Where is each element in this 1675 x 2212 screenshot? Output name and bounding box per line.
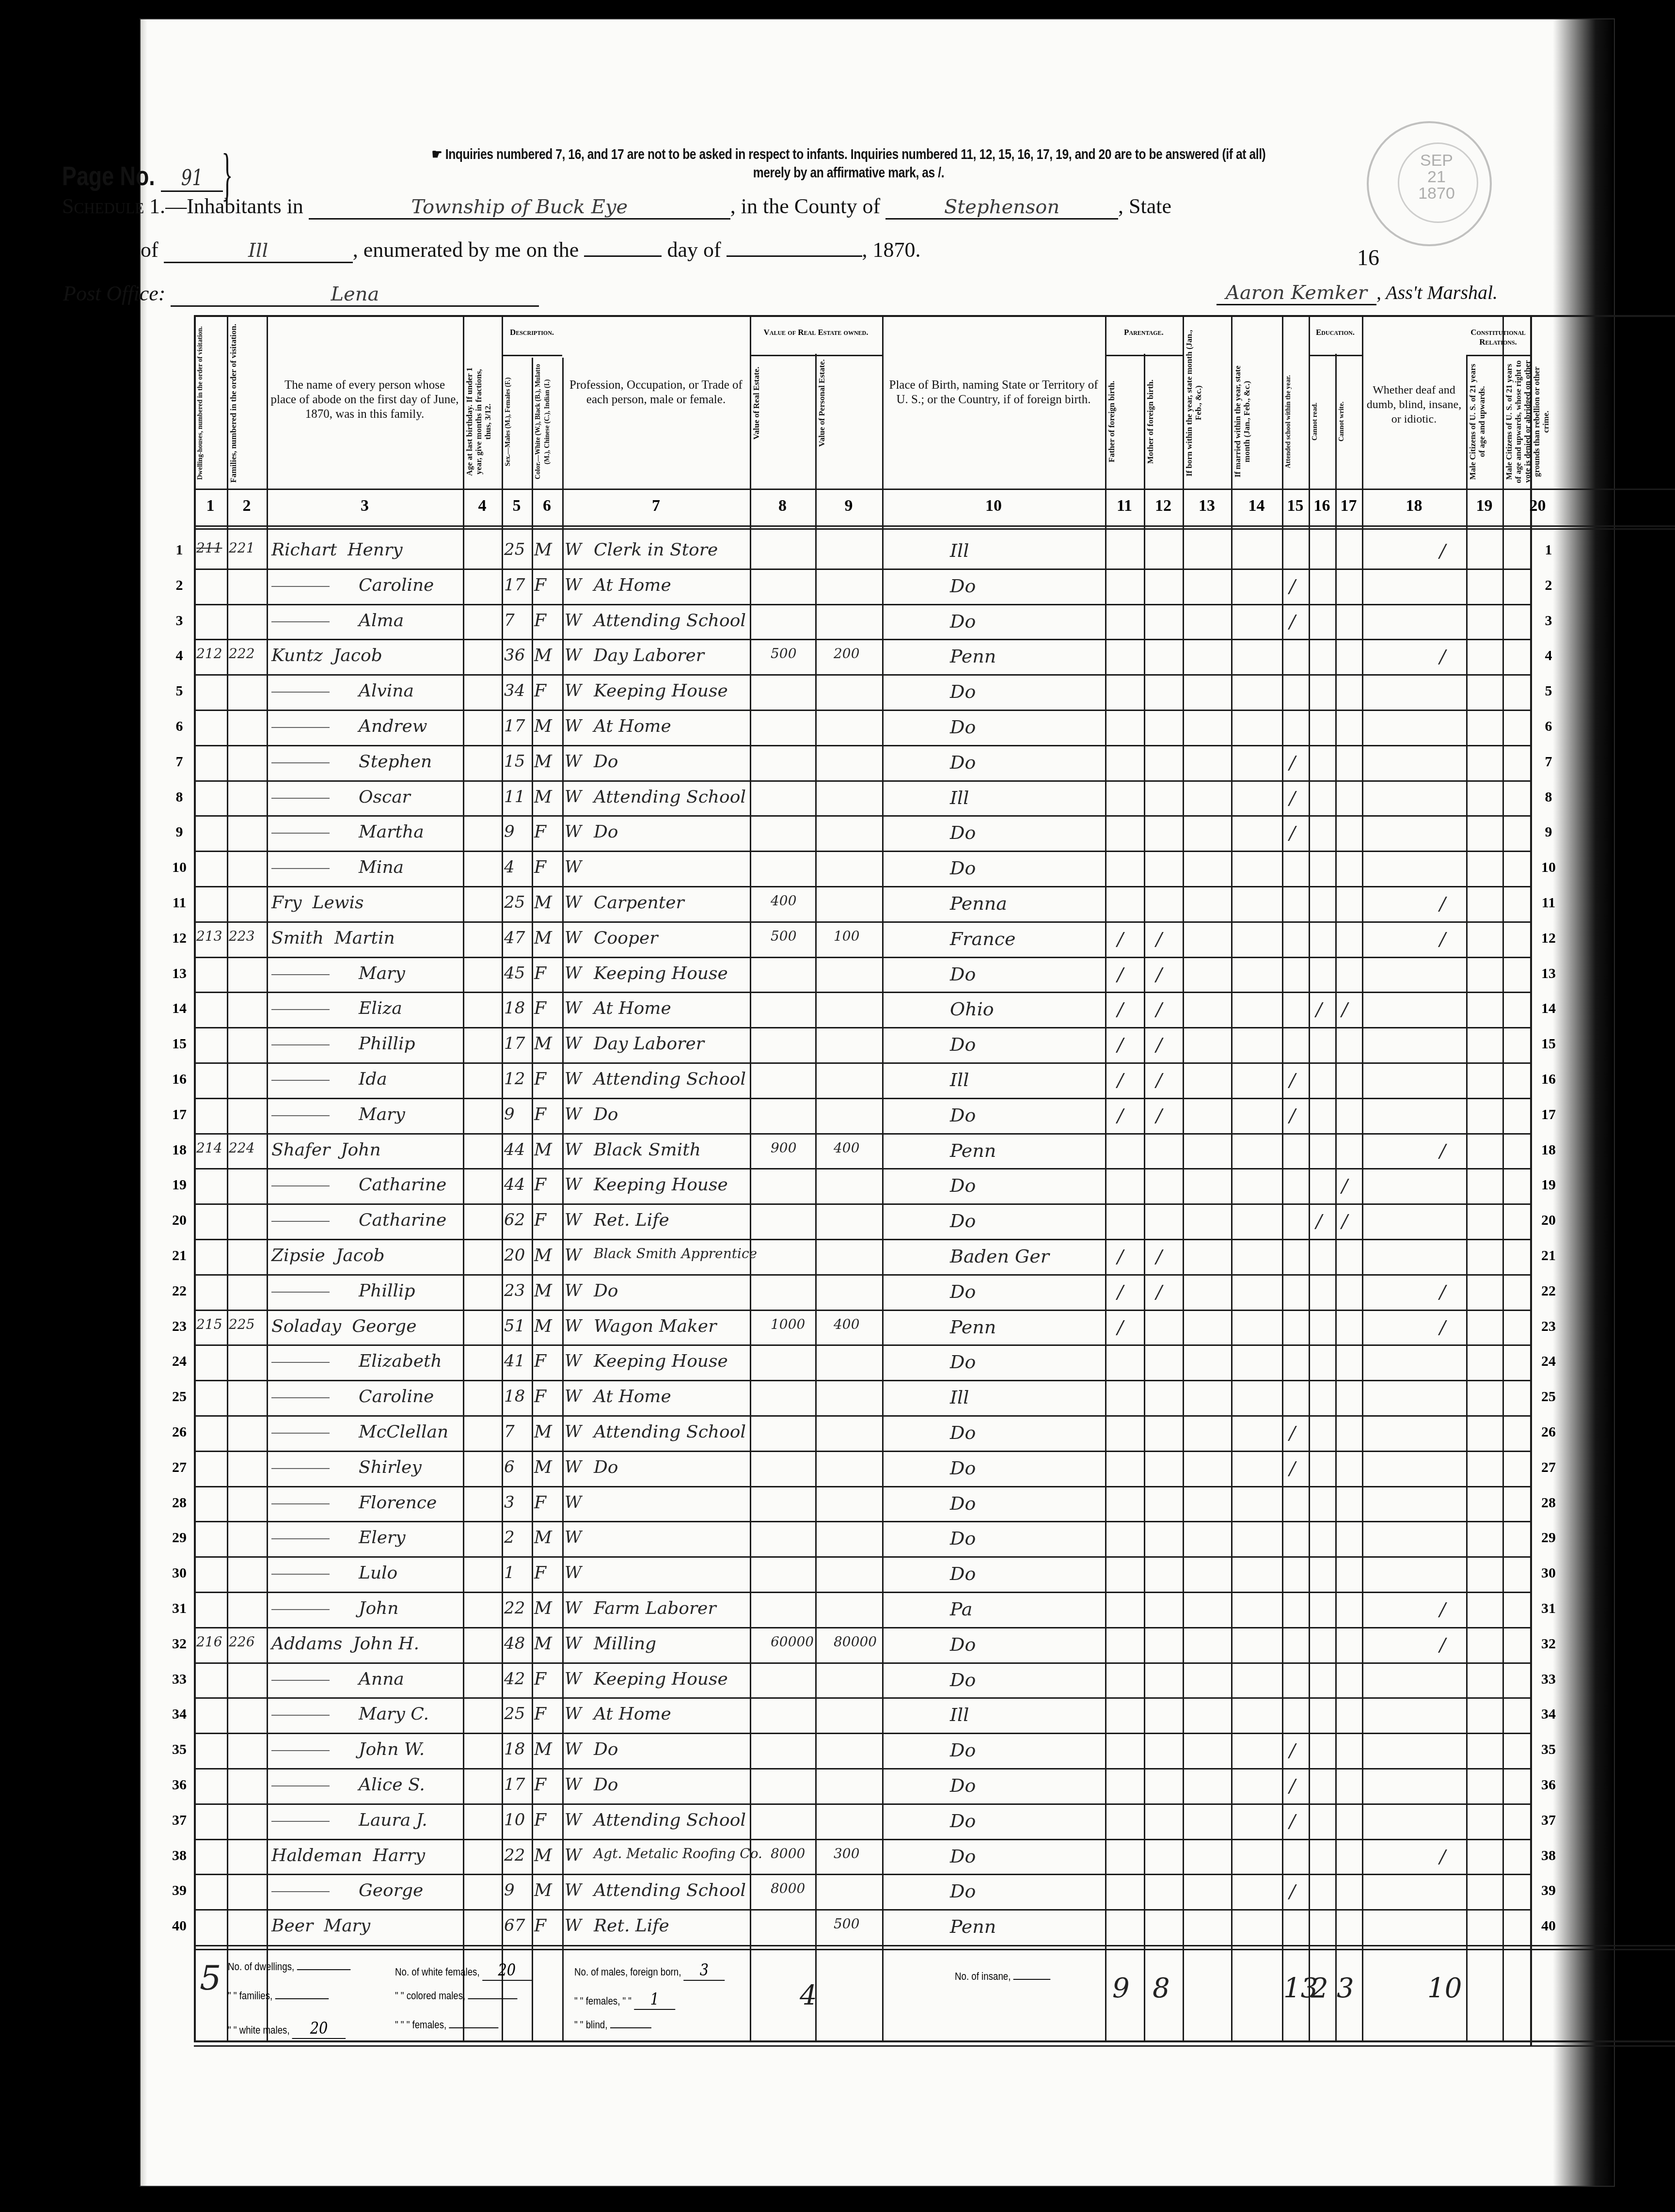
column-number-10: 10 [882, 497, 1105, 515]
summary-colored-males: " " colored males, [395, 1990, 517, 2002]
summary-white-females-value: 20 [482, 1960, 532, 1981]
given-name: Phillip [359, 1034, 415, 1054]
given-name: Martin [334, 928, 395, 948]
color: W [565, 1598, 582, 1618]
person-name: Elery [271, 1528, 406, 1548]
column-number-7: 7 [562, 497, 750, 515]
summary-blind: " " blind, [574, 2019, 651, 2031]
birthplace: Ill [950, 540, 969, 561]
color: W [565, 1457, 582, 1477]
father-foreign-mark: / [1117, 964, 1123, 985]
row-number-left: 25 [167, 1389, 191, 1405]
row-divider [194, 1627, 1532, 1628]
row-number-left: 6 [167, 718, 191, 735]
row-number-right: 9 [1536, 824, 1561, 840]
same-surname-dash [271, 1715, 330, 1716]
row-divider [194, 604, 1532, 605]
column-header-9: Value of Personal Estate. [817, 322, 880, 484]
surname: Beer [271, 1916, 313, 1936]
summary-blind-label: " " blind, [574, 2019, 607, 2031]
sex: M [534, 1246, 552, 1265]
same-surname-dash [271, 727, 330, 728]
person-name: KuntzJacob [271, 646, 382, 665]
attended-school-mark: / [1289, 752, 1296, 773]
occupation: At Home [594, 716, 671, 736]
row-number-right: 4 [1536, 648, 1561, 664]
column-header-18: Whether deaf and dumb, blind, insane, or… [1366, 383, 1462, 427]
citizen-mark: / [1439, 540, 1446, 561]
row-number-left: 2 [167, 577, 191, 594]
given-name: Mary [359, 1105, 405, 1124]
given-name: Laura J. [359, 1810, 427, 1830]
occupation: Black Smith Apprentice [594, 1246, 757, 1262]
occupation: Cooper [594, 928, 658, 948]
column-header-15: Attended school within the year. [1284, 360, 1307, 484]
occupation: Keeping House [594, 1351, 728, 1371]
column-divider [815, 354, 817, 2040]
same-surname-dash [271, 1115, 330, 1116]
same-surname-dash [271, 1468, 330, 1469]
occupation: Agt. Metalic Roofing Co. [594, 1846, 762, 1862]
column-header-19: Male Citizens of U. S. of 21 years of ag… [1468, 360, 1501, 484]
birthplace: Do [950, 1281, 976, 1302]
father-foreign-mark: / [1117, 928, 1123, 949]
person-name: Florence [271, 1493, 437, 1513]
column-divider [1282, 315, 1283, 2040]
person-name: Alma [271, 611, 404, 631]
cannot-write-total: 3 [1337, 1973, 1354, 2004]
column-divider [1466, 355, 1468, 2040]
surname: Richart [271, 540, 337, 560]
age: 11 [504, 787, 525, 806]
same-surname-dash [271, 1433, 330, 1434]
column-number-14: 14 [1231, 497, 1282, 515]
same-surname-dash [271, 692, 330, 693]
age: 4 [504, 857, 515, 877]
age: 48 [504, 1634, 525, 1653]
description-group-header: Description. [502, 328, 562, 337]
occupation: Keeping House [594, 1175, 728, 1195]
sex: F [534, 822, 546, 842]
column-divider [1362, 315, 1363, 2040]
person-name: Mina [271, 857, 404, 877]
mother-foreign-mark: / [1156, 1246, 1162, 1267]
column-divider [1144, 354, 1145, 2040]
row-number-left: 39 [167, 1882, 191, 1899]
occupation: Do [594, 1775, 618, 1795]
stamp-month: SEP [1415, 152, 1458, 169]
person-name: Martha [271, 822, 424, 842]
surname: Shafer [271, 1140, 330, 1160]
row-number-left: 24 [167, 1353, 191, 1370]
row-divider [194, 815, 1532, 817]
age: 51 [504, 1316, 525, 1336]
column-header-12: Mother of foreign birth. [1146, 360, 1181, 484]
same-surname-dash [271, 1574, 330, 1575]
personal-estate-value: 400 [834, 1140, 859, 1156]
birthplace: Penna [950, 893, 1007, 914]
summary-dwellings: No. of dwellings, [228, 1960, 350, 1973]
row-number-right: 25 [1536, 1389, 1561, 1405]
row-number-right: 34 [1536, 1706, 1561, 1722]
color: W [565, 1034, 582, 1053]
sex: F [534, 1704, 546, 1724]
given-name: George [352, 1316, 416, 1336]
foreign-born-total: 4 [800, 1980, 817, 2011]
age: 18 [504, 1387, 525, 1406]
cannot-write-mark: / [1342, 1175, 1348, 1196]
page-number: Page No. 91 [62, 160, 223, 192]
occupation: Keeping House [594, 1669, 728, 1689]
citizen-mark: / [1439, 1598, 1446, 1620]
state-label: , State [1118, 194, 1171, 218]
row-divider [194, 1486, 1532, 1487]
occupation: Attending School [594, 1880, 746, 1900]
row-number-left: 35 [167, 1741, 191, 1758]
birthplace: Do [950, 1775, 976, 1796]
color: W [565, 1775, 582, 1794]
row-divider [194, 639, 1532, 640]
person-name: Eliza [271, 998, 402, 1018]
real-estate-value: 500 [771, 646, 796, 662]
birthplace: France [950, 928, 1015, 949]
real-estate-value: 1000 [771, 1316, 805, 1332]
person-name: Catharine [271, 1175, 446, 1195]
column-divider [882, 315, 884, 2040]
row-number-right: 13 [1536, 965, 1561, 982]
age: 3 [504, 1493, 515, 1512]
sex: M [534, 1457, 552, 1477]
row-divider [194, 1344, 1532, 1346]
column-divider [1231, 315, 1233, 2040]
inquiry-note-line-1: ☛ Inquiries numbered 7, 16, and 17 are n… [330, 145, 1368, 164]
occupation: At Home [594, 1704, 671, 1724]
same-surname-dash [271, 1785, 330, 1786]
column-divider [267, 315, 268, 2040]
same-surname-dash [271, 621, 330, 622]
given-name: Alvina [359, 681, 414, 701]
row-number-left: 5 [167, 683, 191, 699]
person-name: McClellan [271, 1422, 448, 1442]
age: 44 [504, 1175, 525, 1194]
age: 45 [504, 964, 525, 983]
same-surname-dash [271, 1362, 330, 1363]
summary-white-males-value: 20 [292, 2019, 346, 2039]
row-number-right: 40 [1536, 1918, 1561, 1934]
post-office-label: Post Office: [63, 282, 165, 305]
column-header-1: Dwelling-houses, numbered in the order o… [196, 322, 225, 484]
given-name: Mary [324, 1916, 370, 1936]
sex: F [534, 1175, 546, 1195]
person-name: AddamsJohn H. [271, 1634, 419, 1654]
row-number-right: 20 [1536, 1212, 1561, 1229]
personal-estate-value: 500 [834, 1916, 859, 1932]
occupation: Attending School [594, 1810, 746, 1830]
given-name: John W. [359, 1739, 425, 1759]
color: W [565, 1880, 582, 1900]
occupation: Day Laborer [594, 646, 704, 665]
birthplace: Do [950, 1810, 976, 1832]
row-number-left: 17 [167, 1106, 191, 1123]
given-name: John H. [353, 1634, 419, 1654]
dwelling-number: 216 [196, 1634, 222, 1650]
mother-foreign-mark: / [1156, 928, 1162, 949]
summary-dwellings-value [297, 1969, 350, 1970]
birthplace: Do [950, 752, 976, 773]
row-number-left: 7 [167, 754, 191, 770]
age: 25 [504, 1704, 525, 1723]
row-number-left: 8 [167, 789, 191, 806]
sex: M [534, 1281, 552, 1301]
attended-school-mark: / [1289, 575, 1296, 597]
birthplace: Do [950, 611, 976, 632]
column-number-2: 2 [227, 497, 267, 515]
same-surname-dash [271, 1221, 330, 1222]
father-foreign-mark: / [1117, 1069, 1123, 1090]
given-name: Jacob [336, 1246, 385, 1265]
birthplace: Pa [950, 1598, 973, 1620]
received-date-stamp: SEP 21 1870 [1367, 121, 1492, 246]
column-header-4: Age at last birthday. If under 1 year, g… [465, 360, 500, 484]
row-number-left: 36 [167, 1777, 191, 1793]
row-number-left: 16 [167, 1071, 191, 1088]
given-name: Shirley [359, 1457, 422, 1477]
attended-school-mark: / [1289, 822, 1296, 843]
row-number-left: 1 [167, 542, 191, 558]
given-name: Lulo [359, 1563, 397, 1583]
row-number-left: 33 [167, 1671, 191, 1688]
person-name: BeerMary [271, 1916, 370, 1936]
occupation: Clerk in Store [594, 540, 718, 560]
family-number: 221 [229, 540, 254, 556]
row-number-left: 29 [167, 1530, 191, 1546]
occupation: Keeping House [594, 681, 728, 701]
table-rule-2 [194, 525, 1675, 527]
birthplace: Do [950, 1880, 976, 1902]
row-divider [194, 780, 1532, 782]
row-divider [194, 1027, 1532, 1028]
color: W [565, 1493, 582, 1512]
description-group-header-underline [502, 355, 562, 356]
dwelling-number: 214 [196, 1140, 222, 1156]
color: W [565, 1281, 582, 1300]
same-surname-dash [271, 974, 330, 975]
color: W [565, 1846, 582, 1865]
education-group-header-underline [1309, 355, 1362, 356]
parentage-group-header-underline [1105, 355, 1183, 356]
occupation: Do [594, 1457, 618, 1477]
occupation: Attending School [594, 611, 746, 631]
family-number: 226 [229, 1634, 254, 1650]
person-name: John [271, 1598, 398, 1618]
father-foreign-mark: / [1117, 1316, 1123, 1338]
sex: F [534, 998, 546, 1018]
table-rule-4 [194, 1945, 1675, 1946]
summary-males-foreign-born: No. of males, foreign born, 3 [574, 1960, 725, 1981]
table-rule-5 [194, 1949, 1675, 1950]
color: W [565, 1528, 582, 1547]
cannot-write-mark: / [1342, 1210, 1348, 1232]
birthplace: Do [950, 1846, 976, 1867]
birthplace: Ill [950, 787, 969, 808]
birthplace: Do [950, 1422, 976, 1443]
surname: Haldeman [271, 1846, 363, 1865]
summary-females-foreign-born-label: " " females, " " [574, 1995, 632, 2007]
sex: M [534, 752, 552, 772]
age: 15 [504, 752, 525, 771]
row-number-left: 37 [167, 1812, 191, 1829]
row-divider [194, 1133, 1532, 1135]
day-of-label: day of [667, 238, 721, 262]
sex: F [534, 1351, 546, 1371]
post-office-field: Lena [171, 283, 539, 307]
color: W [565, 998, 582, 1018]
row-number-right: 2 [1536, 577, 1561, 594]
row-divider [194, 1415, 1532, 1417]
occupation: Farm Laborer [594, 1598, 716, 1618]
person-name: ZipsieJacob [271, 1246, 385, 1265]
birthplace: Ill [950, 1704, 969, 1725]
color: W [565, 857, 582, 877]
table-rule-6 [194, 2040, 1675, 2042]
given-name: John [359, 1598, 398, 1618]
birthplace: Do [950, 1739, 976, 1761]
birthplace: Do [950, 857, 976, 879]
age: 18 [504, 998, 525, 1018]
row-number-right: 17 [1536, 1106, 1561, 1123]
row-number-left: 10 [167, 859, 191, 876]
row-number-left: 21 [167, 1248, 191, 1264]
column-header-10: Place of Birth, naming State or Territor… [886, 378, 1101, 407]
given-name: Martha [359, 822, 424, 842]
age: 18 [504, 1739, 525, 1759]
surname: Soladay [271, 1316, 341, 1336]
birthplace: Baden Ger [950, 1246, 1049, 1267]
person-name: Mary [271, 1105, 405, 1124]
same-surname-dash [271, 1750, 330, 1751]
given-name: Mina [359, 857, 404, 877]
row-number-left: 20 [167, 1212, 191, 1229]
same-surname-dash [271, 1009, 330, 1010]
row-number-right: 37 [1536, 1812, 1561, 1829]
column-number-18: 18 [1362, 497, 1466, 515]
color: W [565, 1316, 582, 1336]
surname: Smith [271, 928, 324, 948]
row-number-right: 1 [1536, 542, 1561, 558]
schedule-label: Schedule 1. [62, 194, 165, 218]
birthplace: Do [950, 1493, 976, 1514]
column-divider [1335, 354, 1337, 2040]
sex: F [534, 1775, 546, 1795]
age: 6 [504, 1457, 515, 1477]
sex: M [534, 1422, 552, 1442]
given-name: Caroline [359, 575, 434, 595]
attended-school-mark: / [1289, 1739, 1296, 1761]
occupation: Do [594, 1739, 618, 1759]
age: 22 [504, 1598, 525, 1618]
age: 67 [504, 1916, 525, 1935]
age: 62 [504, 1210, 525, 1230]
row-divider [194, 1733, 1532, 1734]
schedule-line: Schedule 1.—Inhabitants in Township of B… [62, 194, 1171, 220]
row-divider [194, 1451, 1532, 1452]
color: W [565, 1422, 582, 1441]
row-divider [194, 992, 1532, 993]
row-divider [194, 1768, 1532, 1770]
constitutional-group-header: Constitutional Relations. [1466, 328, 1530, 347]
person-name: Alice S. [271, 1775, 425, 1795]
sex: M [534, 1598, 552, 1618]
real-estate-value: 900 [771, 1140, 796, 1156]
row-number-right: 24 [1536, 1353, 1561, 1370]
row-number-right: 38 [1536, 1848, 1561, 1864]
birthplace: Penn [950, 1316, 996, 1338]
birthplace: Do [950, 1457, 976, 1479]
row-divider [194, 1310, 1532, 1311]
summary-white-males: " " white males, 20 [228, 2019, 346, 2039]
summary-insane: No. of insane, [955, 1970, 1050, 1983]
color: W [565, 1105, 582, 1124]
given-name: Jacob [333, 646, 382, 665]
person-name: Caroline [271, 575, 434, 595]
same-surname-dash [271, 1821, 330, 1822]
row-divider [194, 1662, 1532, 1664]
row-number-left: 31 [167, 1600, 191, 1617]
sex: M [534, 1034, 552, 1054]
column-divider [502, 315, 503, 2040]
color: W [565, 1175, 582, 1194]
person-name: George [271, 1880, 423, 1900]
occupation: Milling [594, 1634, 656, 1654]
birthplace: Penn [950, 1916, 996, 1937]
age: 17 [504, 716, 525, 736]
summary-white-males-label: " " white males, [228, 2024, 290, 2036]
person-name: SmithMartin [271, 928, 395, 948]
occupation: Ret. Life [594, 1210, 669, 1230]
row-number-right: 14 [1536, 1000, 1561, 1017]
given-name: Eliza [359, 998, 402, 1018]
given-name: Anna [359, 1669, 404, 1689]
birthplace: Do [950, 1210, 976, 1232]
summary-colored-males-label: " " colored males, [395, 1990, 465, 2002]
color: W [565, 893, 582, 912]
county-field: Stephenson [885, 196, 1118, 220]
same-surname-dash [271, 1680, 330, 1681]
given-name: Alice S. [359, 1775, 425, 1795]
same-surname-dash [271, 798, 330, 799]
color: W [565, 1669, 582, 1689]
color: W [565, 928, 582, 948]
occupation: At Home [594, 1387, 671, 1406]
color: W [565, 1704, 582, 1723]
row-divider [194, 1697, 1532, 1699]
month-field [727, 255, 862, 257]
row-number-right: 5 [1536, 683, 1561, 699]
row-number-right: 11 [1536, 895, 1561, 911]
family-number: 224 [229, 1140, 254, 1156]
occupation: Do [594, 752, 618, 772]
mother-foreign-mark: / [1156, 964, 1162, 985]
occupation: At Home [594, 575, 671, 595]
citizen-mark: / [1439, 1634, 1446, 1655]
summary-white-females: No. of white females, 20 [395, 1960, 532, 1981]
row-number-right: 12 [1536, 930, 1561, 947]
person-name: John W. [271, 1739, 425, 1759]
row-number-left: 15 [167, 1036, 191, 1052]
citizen-mark: / [1439, 893, 1446, 914]
given-name: Phillip [359, 1281, 415, 1301]
sex: F [534, 964, 546, 983]
